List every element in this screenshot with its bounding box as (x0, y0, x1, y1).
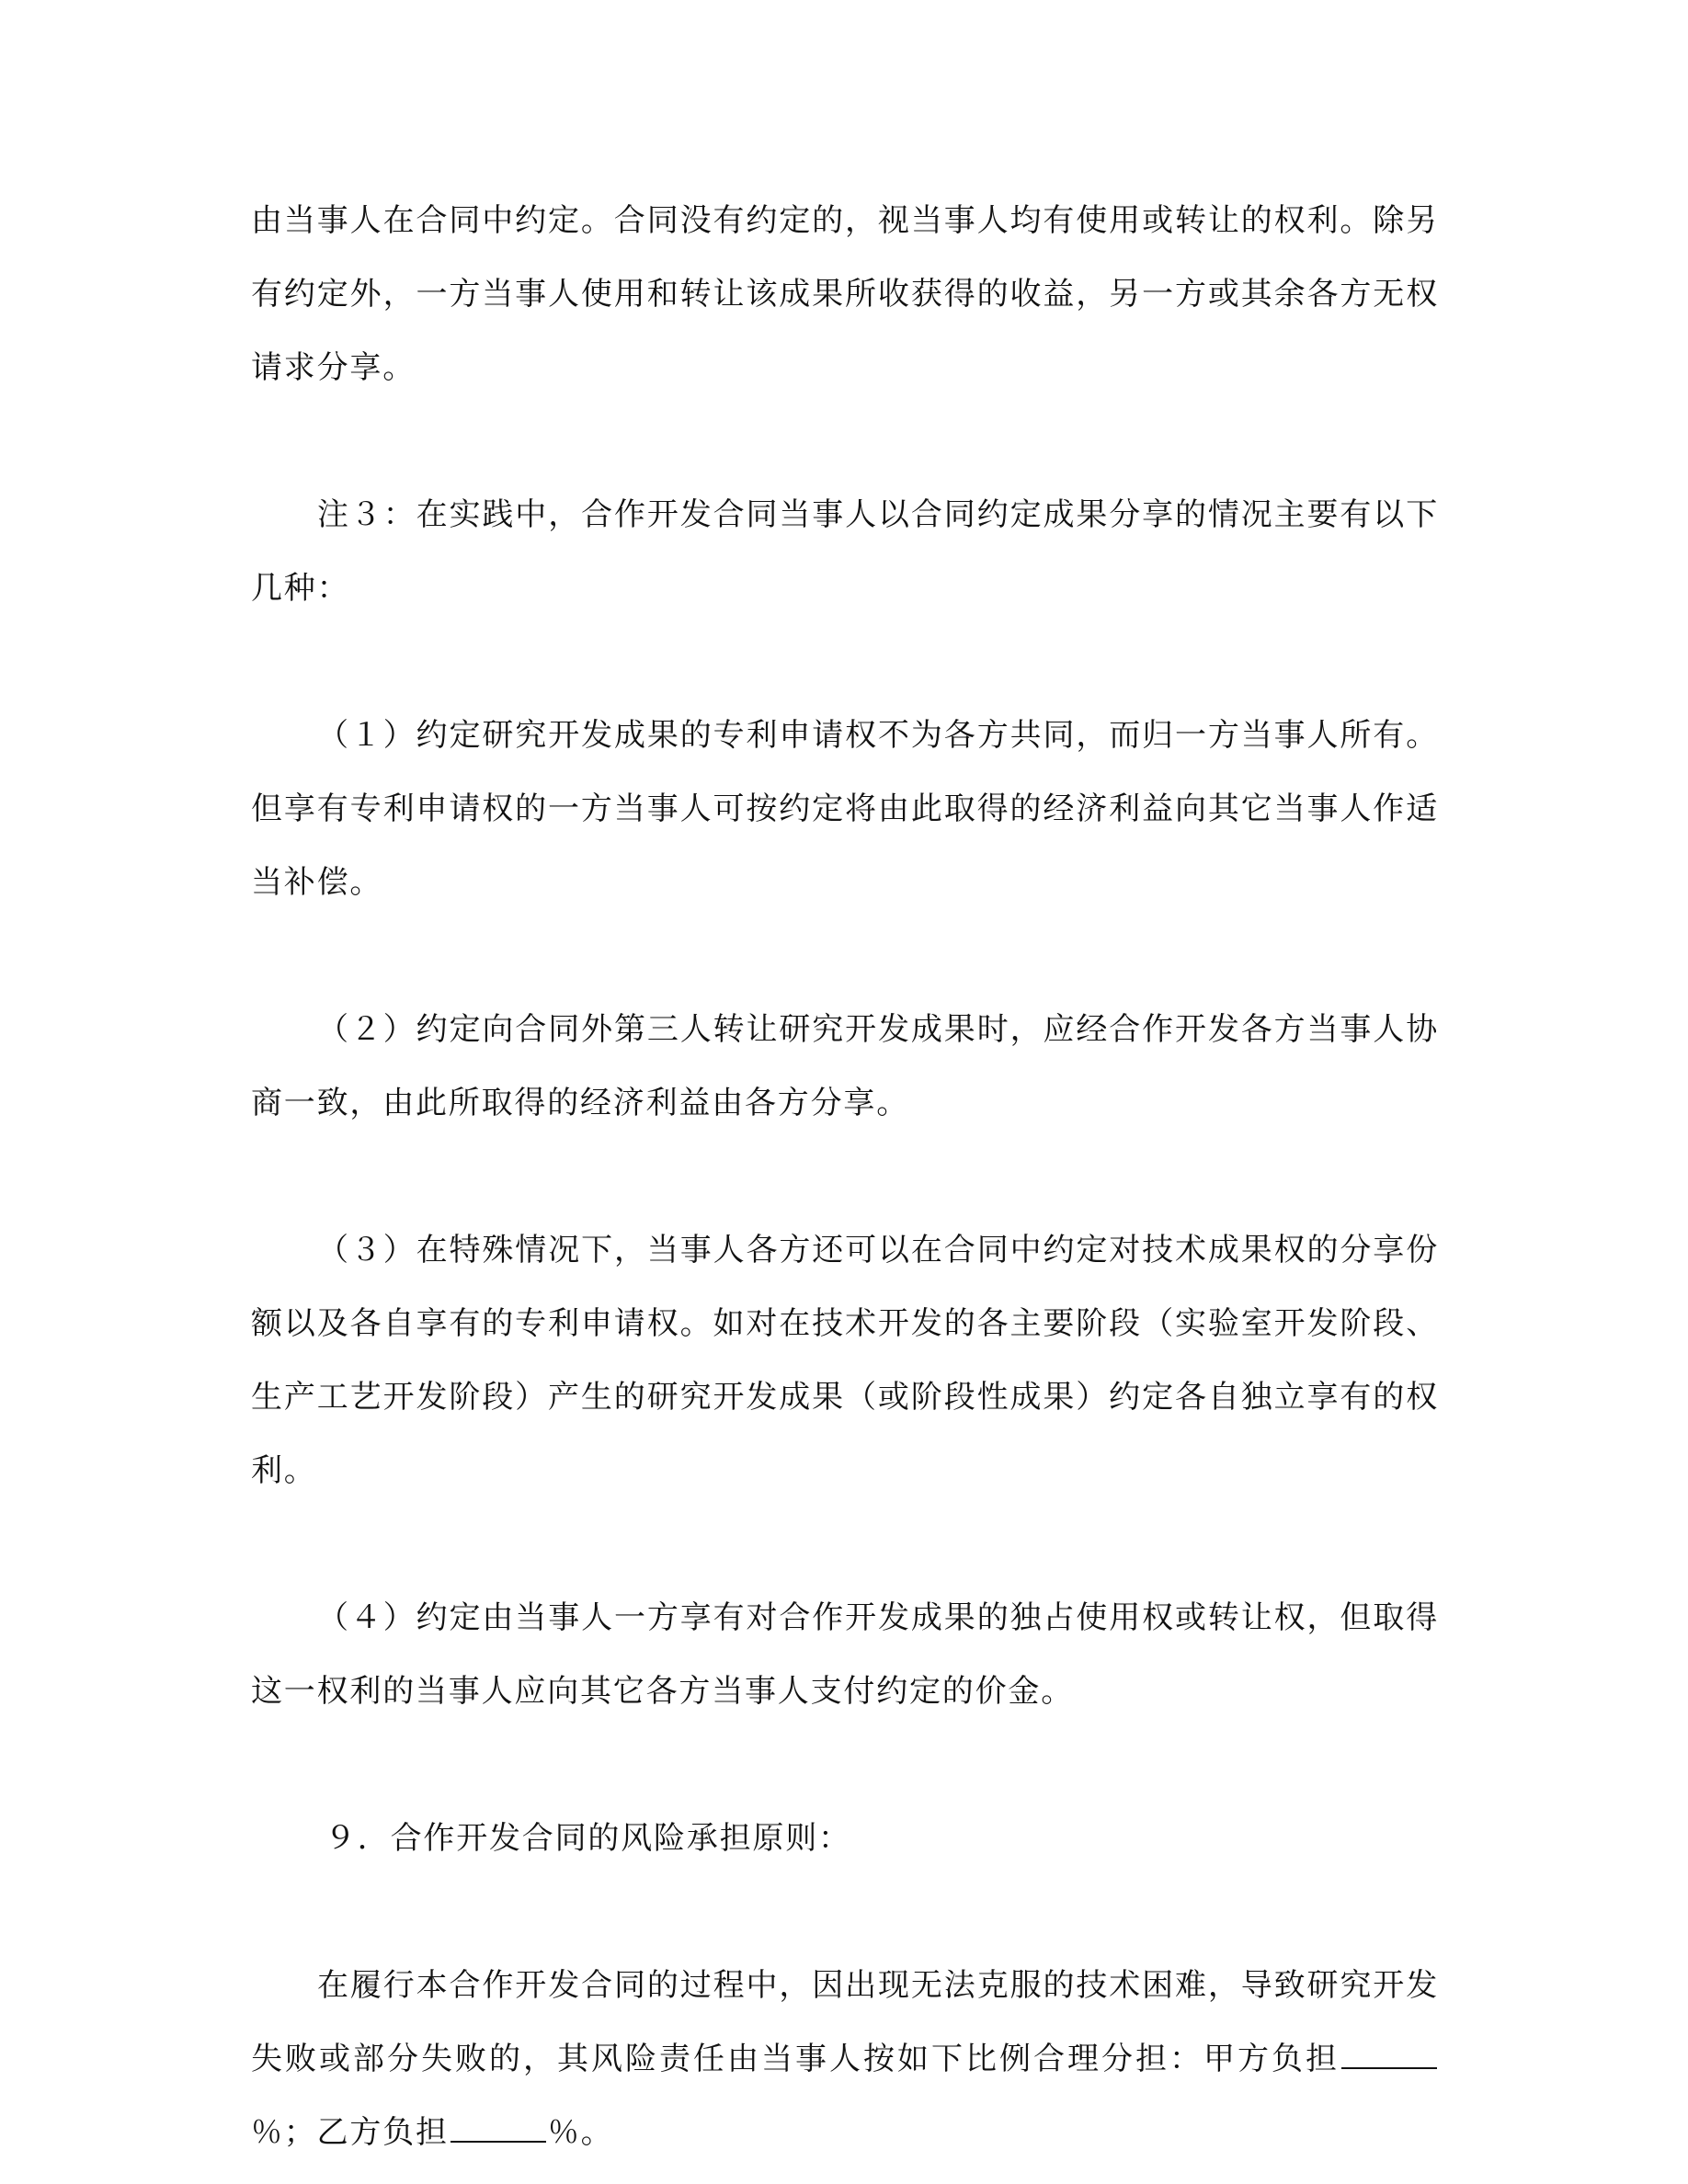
risk-clause-text-1: 在履行本合作开发合同的过程中，因出现无法克服的技术困难，导致研究开发失败或部分失… (251, 1967, 1439, 2077)
party-b-share-blank[interactable] (451, 2113, 546, 2143)
paragraph-note-3: 注３：在实践中，合作开发合同当事人以合同约定成果分享的情况主要有以下几种： (251, 478, 1439, 625)
risk-clause-text-3: ％。 (548, 2114, 614, 2151)
paragraph-spacer (251, 1140, 1439, 1213)
risk-clause-text-2: ％；乙方负担 (251, 2114, 449, 2151)
paragraph-spacer (251, 1728, 1439, 1802)
document-page: 由当事人在合同中约定。合同没有约定的，视当事人均有使用或转让的权利。除另有约定外… (251, 184, 1439, 2169)
list-item-4: （４）约定由当事人一方享有对合作开发成果的独占使用权或转让权，但取得这一权利的当… (251, 1581, 1439, 1728)
paragraph-spacer (251, 625, 1439, 699)
paragraph-result-sharing: 由当事人在合同中约定。合同没有约定的，视当事人均有使用或转让的权利。除另有约定外… (251, 184, 1439, 404)
paragraph-spacer (251, 1507, 1439, 1581)
list-item-3: （３）在特殊情况下，当事人各方还可以在合同中约定对技术成果权的分享份额以及各自享… (251, 1213, 1439, 1507)
list-item-2: （２）约定向合同外第三人转让研究开发成果时，应经合作开发各方当事人协商一致，由此… (251, 993, 1439, 1140)
paragraph-spacer (251, 404, 1439, 478)
paragraph-spacer (251, 919, 1439, 993)
paragraph-spacer (251, 1875, 1439, 1949)
paragraph-risk-allocation: 在履行本合作开发合同的过程中，因出现无法克服的技术困难，导致研究开发失败或部分失… (251, 1949, 1439, 2169)
party-a-share-blank[interactable] (1341, 2040, 1437, 2069)
list-item-1: （１）约定研究开发成果的专利申请权不为各方共同，而归一方当事人所有。但享有专利申… (251, 699, 1439, 919)
section-9-heading: ９．合作开发合同的风险承担原则： (251, 1802, 1439, 1875)
